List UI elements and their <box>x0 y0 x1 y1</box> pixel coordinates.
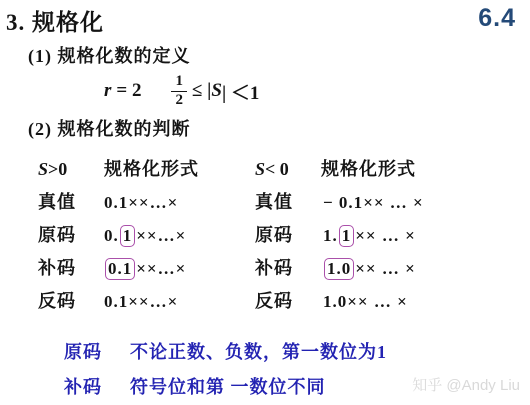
table-pos-condition: S>0 <box>38 153 104 186</box>
row-value-sign-magnitude: 0.1××…× <box>104 219 199 252</box>
section-number: 6.4 <box>478 4 516 33</box>
row-label-ones-complement: 反码 <box>38 285 104 318</box>
fraction-numerator: 1 <box>171 73 187 91</box>
row-label-twos-complement: 补码 <box>38 252 104 285</box>
fraction-one-half: 1 2 <box>171 73 187 109</box>
formula-lt-one: | ＜1 <box>222 78 259 105</box>
table-neg-condition: S< 0 <box>255 153 321 186</box>
highlight-box: 1 <box>120 225 136 247</box>
fraction-denominator: 2 <box>171 92 187 109</box>
table-pos-form-header: 规格化形式 <box>104 153 199 186</box>
row-label-sign-magnitude: 原码 <box>255 219 321 252</box>
page-title: 3. 规格化 <box>6 4 104 37</box>
note-text: 符号位和第 一数位不同 <box>130 373 326 399</box>
row-label-ones-complement: 反码 <box>255 285 321 318</box>
row-label-truth: 真值 <box>255 186 321 219</box>
formula-equals-two: = 2 <box>116 80 141 102</box>
row-value-truth: 0.1××…× <box>104 186 199 219</box>
note-label: 补码 <box>64 373 130 399</box>
row-label-twos-complement: 补码 <box>255 252 321 285</box>
table-neg-form-header: 规格化形式 <box>321 153 424 186</box>
highlight-box: 0.1 <box>105 258 135 280</box>
table-s-positive: S>0 规格化形式 真值 0.1××…× 原码 0.1××…× 补码 0.1××… <box>38 153 199 318</box>
note-label: 原码 <box>64 338 130 364</box>
slide-header: 3. 规格化 6.4 <box>0 0 530 37</box>
slide: 3. 规格化 6.4 (1) 规格化数的定义 r = 2 1 2 ≤ | S |… <box>0 0 530 405</box>
note-text: 不论正数、负数，第一数位为1 <box>130 338 387 364</box>
row-value-truth: − 0.1×× … × <box>321 186 424 219</box>
row-label-sign-magnitude: 原码 <box>38 219 104 252</box>
highlight-box: 1 <box>339 225 355 247</box>
normalization-formula: r = 2 1 2 ≤ | S | ＜1 <box>104 72 530 110</box>
formula-s: S <box>211 80 222 102</box>
formula-r: r <box>104 80 111 102</box>
zhihu-watermark: 知乎 @Andy Liu <box>412 374 520 395</box>
row-value-ones-complement: 0.1××…× <box>104 285 199 318</box>
table-s-negative: S< 0 规格化形式 真值 − 0.1×× … × 原码 1.1×× … × 补… <box>255 153 424 318</box>
formula-leq: ≤ | <box>192 80 211 102</box>
definition-heading: (1) 规格化数的定义 <box>28 42 530 68</box>
row-value-ones-complement: 1.0×× … × <box>321 285 424 318</box>
judgment-heading: (2) 规格化数的判断 <box>28 115 530 141</box>
normalization-tables: S>0 规格化形式 真值 0.1××…× 原码 0.1××…× 补码 0.1××… <box>38 153 530 318</box>
highlight-box: 1.0 <box>324 258 354 280</box>
note-sign-magnitude: 原码 不论正数、负数，第一数位为1 <box>64 338 530 364</box>
row-value-twos-complement: 0.1××…× <box>104 252 199 285</box>
row-label-truth: 真值 <box>38 186 104 219</box>
row-value-twos-complement: 1.0×× … × <box>321 252 424 285</box>
row-value-sign-magnitude: 1.1×× … × <box>321 219 424 252</box>
